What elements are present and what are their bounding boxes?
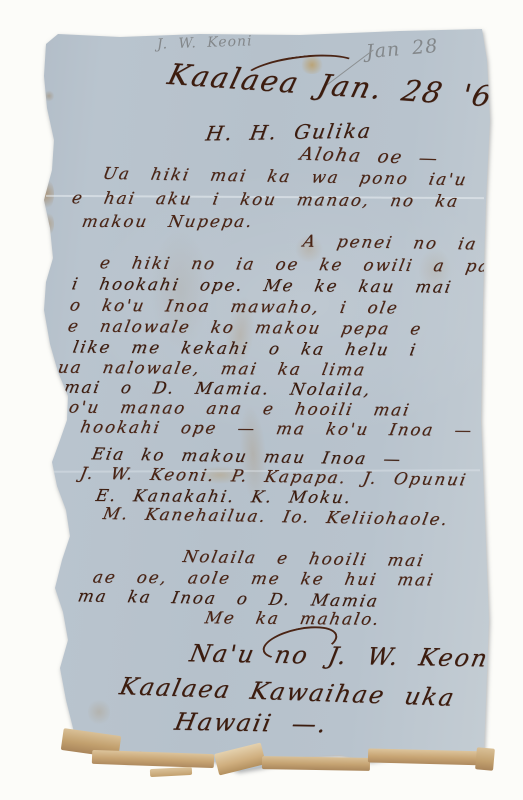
signature-line: Na'u no J. W. Keoni bbox=[188, 641, 501, 670]
body-line: e nalowale ko makou pepa e bbox=[66, 318, 423, 338]
body-line: mai o D. Mamia. Nolaila, bbox=[62, 380, 372, 399]
body-line: ua nalowale, mai ka lima bbox=[56, 360, 367, 379]
pencil-name-annotation: J. W. Keoni bbox=[157, 34, 253, 51]
stain bbox=[34, 176, 54, 212]
paper-shadow-wrap: J. W. Keoni Jan 28 Kaalaea Jan. 28 '65 H… bbox=[0, 0, 523, 800]
place-line: Kaalaea Kawaihae uka bbox=[118, 674, 458, 710]
stain bbox=[44, 90, 54, 102]
letter-paper: J. W. Keoni Jan 28 Kaalaea Jan. 28 '65 H… bbox=[0, 0, 523, 800]
regards-line: Me ka mahalo. bbox=[203, 610, 381, 628]
body-line: i hookahi ope. Me ke kau mai bbox=[70, 276, 453, 296]
greeting-line: Aloha oe — bbox=[298, 146, 441, 169]
body-line: i hookahi ope — ma ko'u Inoa — bbox=[51, 419, 474, 439]
pencil-date-annotation: Jan 28 bbox=[365, 37, 439, 62]
place-line: Hawaii —. bbox=[173, 710, 330, 737]
stain bbox=[88, 698, 110, 726]
body-line: A penei no ia bbox=[301, 234, 478, 253]
body-line: e hai aku i kou manao, no ka bbox=[70, 190, 460, 210]
body-line: Nolaila e hooili mai bbox=[181, 549, 426, 570]
body-line: ma ka Inoa o D. Mamia bbox=[76, 588, 380, 610]
body-line: e hiki no ia oe ke owili a paa bbox=[98, 255, 503, 275]
recipient-line: H. H. Gulika bbox=[204, 121, 373, 144]
body-line: Ua hiki mai ka wa pono ia'u bbox=[101, 166, 468, 189]
stain bbox=[38, 210, 54, 238]
body-line: makou Nupepa. bbox=[81, 214, 255, 231]
body-line: ko'u manao ana e hooili mai bbox=[55, 399, 411, 419]
body-line: o ko'u Inoa mawaho, i ole bbox=[68, 298, 400, 317]
dateline: Kaalaea Jan. 28 '65 bbox=[165, 60, 517, 113]
body-line: ae oe, aole me ke hui mai bbox=[91, 570, 435, 589]
name-line: M. Kanehailua. Io. Keliiohaole. bbox=[101, 506, 450, 528]
scanned-letter: J. W. Keoni Jan 28 Kaalaea Jan. 28 '65 H… bbox=[0, 0, 523, 800]
body-line: like me kekahi o ka helu i bbox=[71, 340, 418, 359]
